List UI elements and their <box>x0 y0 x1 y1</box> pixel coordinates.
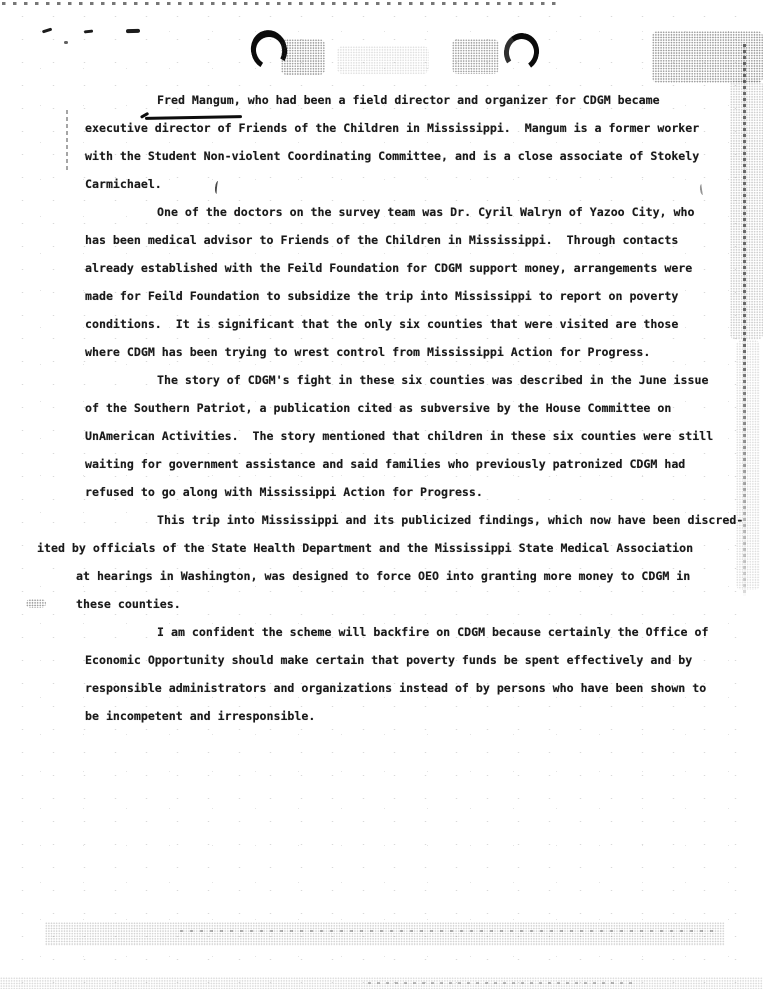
handwritten-scribble-mark <box>42 28 52 33</box>
text-line: One of the doctors on the survey team wa… <box>157 198 763 226</box>
scan-noise-band <box>180 930 720 932</box>
corner-smudge <box>652 31 763 83</box>
text-line: responsible administrators and organizat… <box>85 674 763 702</box>
scanned-document-page: Fred Mangum, who had been a field direct… <box>0 0 763 990</box>
text-line: these counties. <box>76 590 763 618</box>
halftone-smudge <box>452 39 499 74</box>
handwritten-scribble-mark <box>64 41 68 44</box>
halftone-smudge <box>281 39 325 75</box>
scan-noise-band <box>0 977 763 989</box>
halftone-smudge <box>337 46 429 74</box>
text-line: of the Southern Patriot, a publication c… <box>85 394 763 422</box>
text-line: be incompetent and irresponsible. <box>85 702 763 730</box>
text-line: Economic Opportunity should make certain… <box>85 646 763 674</box>
letter-body: Fred Mangum, who had been a field direct… <box>0 86 763 730</box>
text-line: ited by officials of the State Health De… <box>37 534 763 562</box>
text-line: has been medical advisor to Friends of t… <box>85 226 763 254</box>
text-line: at hearings in Washington, was designed … <box>76 562 763 590</box>
text-line: Fred Mangum, who had been a field direct… <box>157 86 763 114</box>
text-line: I am confident the scheme will backfire … <box>157 618 763 646</box>
text-line: executive director of Friends of the Chi… <box>85 114 763 142</box>
text-line: waiting for government assistance and sa… <box>85 450 763 478</box>
text-line: where CDGM has been trying to wrest cont… <box>85 338 763 366</box>
scan-noise-band <box>45 922 725 946</box>
text-line: already established with the Feild Found… <box>85 254 763 282</box>
handwritten-scribble-mark <box>126 29 140 33</box>
text-line: This trip into Mississippi and its publi… <box>157 506 763 534</box>
text-line: UnAmerican Activities. The story mention… <box>85 422 763 450</box>
scan-edge-dotted-line <box>2 2 558 5</box>
pen-crescent-mark <box>501 30 542 74</box>
text-line: Carmichael. <box>85 170 763 198</box>
text-line: with the Student Non-violent Coordinatin… <box>85 142 763 170</box>
text-line: refused to go along with Mississippi Act… <box>85 478 763 506</box>
text-line: conditions. It is significant that the o… <box>85 310 763 338</box>
text-line: The story of CDGM's fight in these six c… <box>157 366 763 394</box>
handwritten-scribble-mark <box>84 30 93 33</box>
text-line: made for Feild Foundation to subsidize t… <box>85 282 763 310</box>
